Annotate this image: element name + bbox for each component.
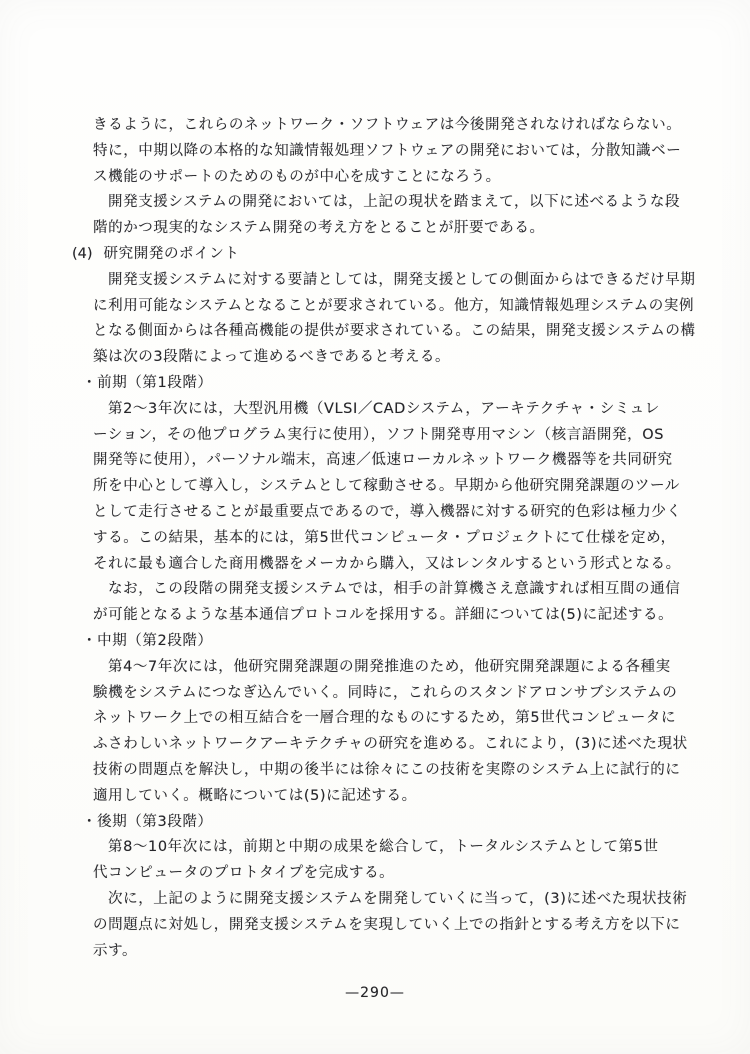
text-line: 築は次の3段階によって進めるべきであると考える。 xyxy=(93,347,450,367)
text-line: として走行させることが最重要点であるので，導入機器に対する研究的色彩は極力少く xyxy=(93,502,682,522)
text-line: ーション，その他プログラム実行に使用），ソフト開発専用マシン（核言語開発，OS xyxy=(93,425,664,445)
text-line: ふさわしいネットワークアーキテクチャの研究を進める。これにより，(3)に述べた現… xyxy=(93,734,688,754)
text-line: となる側面からは各種高機能の提供が要求されている。この結果，開発支援システムの構 xyxy=(93,321,696,341)
section-title-text: 研究開発のポイント xyxy=(104,246,240,262)
text-line: に利用可能なシステムとなることが要求されている。他方，知識情報処理システムの実例 xyxy=(93,296,694,316)
text-line: 開発支援システムの開発においては，上記の現状を踏まえて，以下に述べるような段 xyxy=(108,192,680,212)
text-line: ネットワーク上での相互結合を一層合理的なものにするため，第5世代コンピュータに xyxy=(93,708,676,728)
text-line: 技術の問題点を解決し，中期の後半には徐々にこの技術を実際のシステム上に試行的に xyxy=(93,760,680,780)
text-line: 開発等に使用），パーソナル端末，高速／低速ローカルネットワーク機器等を共同研究 xyxy=(93,450,673,470)
section-number-label: (4) xyxy=(72,244,93,264)
text-line: 階的かつ現実的なシステム開発の考え方をとることが肝要である。 xyxy=(93,218,545,238)
text-line: の問題点に対処し，開発支援システムを実現していく上での指針とする考え方を以下に xyxy=(93,915,680,935)
text-line: ・中期（第2段階） xyxy=(82,631,213,651)
text-line: 第4～7年次には，他研究開発課題の開発推進のため，他研究開発課題による各種実 xyxy=(108,657,671,677)
text-line: する。この結果，基本的には，第5世代コンピュータ・プロジェクトにて仕様を定め， xyxy=(93,528,676,548)
text-line: (4)研究開発のポイント xyxy=(72,244,239,264)
text-line: 次に，上記のように開発支援システムを開発していくに当って，(3)に述べた現状技術 xyxy=(108,889,687,909)
text-line: 代コンピュータのプロトタイプを完成する。 xyxy=(93,863,394,883)
text-line: きるように，これらのネットワーク・ソフトウェアは今後開発されなければならない。 xyxy=(93,115,681,135)
page-number: —290— xyxy=(0,985,750,1001)
text-line: ・後期（第3段階） xyxy=(82,812,213,832)
text-line: 特に，中期以降の本格的な知識情報処理ソフトウェアの開発においては，分散知識ベー xyxy=(93,141,681,161)
text-line: 示す。 xyxy=(93,941,137,961)
text-line: ・前期（第1段階） xyxy=(82,373,213,393)
text-line: 第2～3年次には，大型汎用機（VLSI／CADシステム，アーキテクチャ・シミュレ xyxy=(108,399,660,419)
text-line: 適用していく。概略については(5)に記述する。 xyxy=(93,786,417,806)
text-line: ス機能のサポートのためのものが中心を成すことになろう。 xyxy=(93,167,501,187)
text-line: 第8～10年次には，前期と中期の成果を総合して，トータルシステムとして第5世 xyxy=(108,837,659,857)
text-line: 験機をシステムにつなぎ込んでいく。同時に，これらのスタンドアロンサブシステムの xyxy=(93,683,677,703)
text-line: なお，この段階の開発支援システムでは，相手の計算機さえ意識すれば相互間の通信 xyxy=(108,579,680,599)
text-line: が可能となるような基本通信プロトコルを採用する。詳細については(5)に記述する。 xyxy=(93,605,673,625)
text-line: それに最も適合した商用機器をメーカから購入，又はレンタルするという形式となる。 xyxy=(93,554,681,574)
text-line: 開発支援システムに対する要請としては，開発支援としての側面からはできるだけ早期 xyxy=(108,270,695,290)
scanned-document-page: きるように，これらのネットワーク・ソフトウェアは今後開発されなければならない。特… xyxy=(0,0,750,1054)
document-text-block: きるように，これらのネットワーク・ソフトウェアは今後開発されなければならない。特… xyxy=(0,0,750,1054)
text-line: 所を中心として導入し，システムとして稼動させる。早期から他研究開発課題のツール xyxy=(93,476,680,496)
